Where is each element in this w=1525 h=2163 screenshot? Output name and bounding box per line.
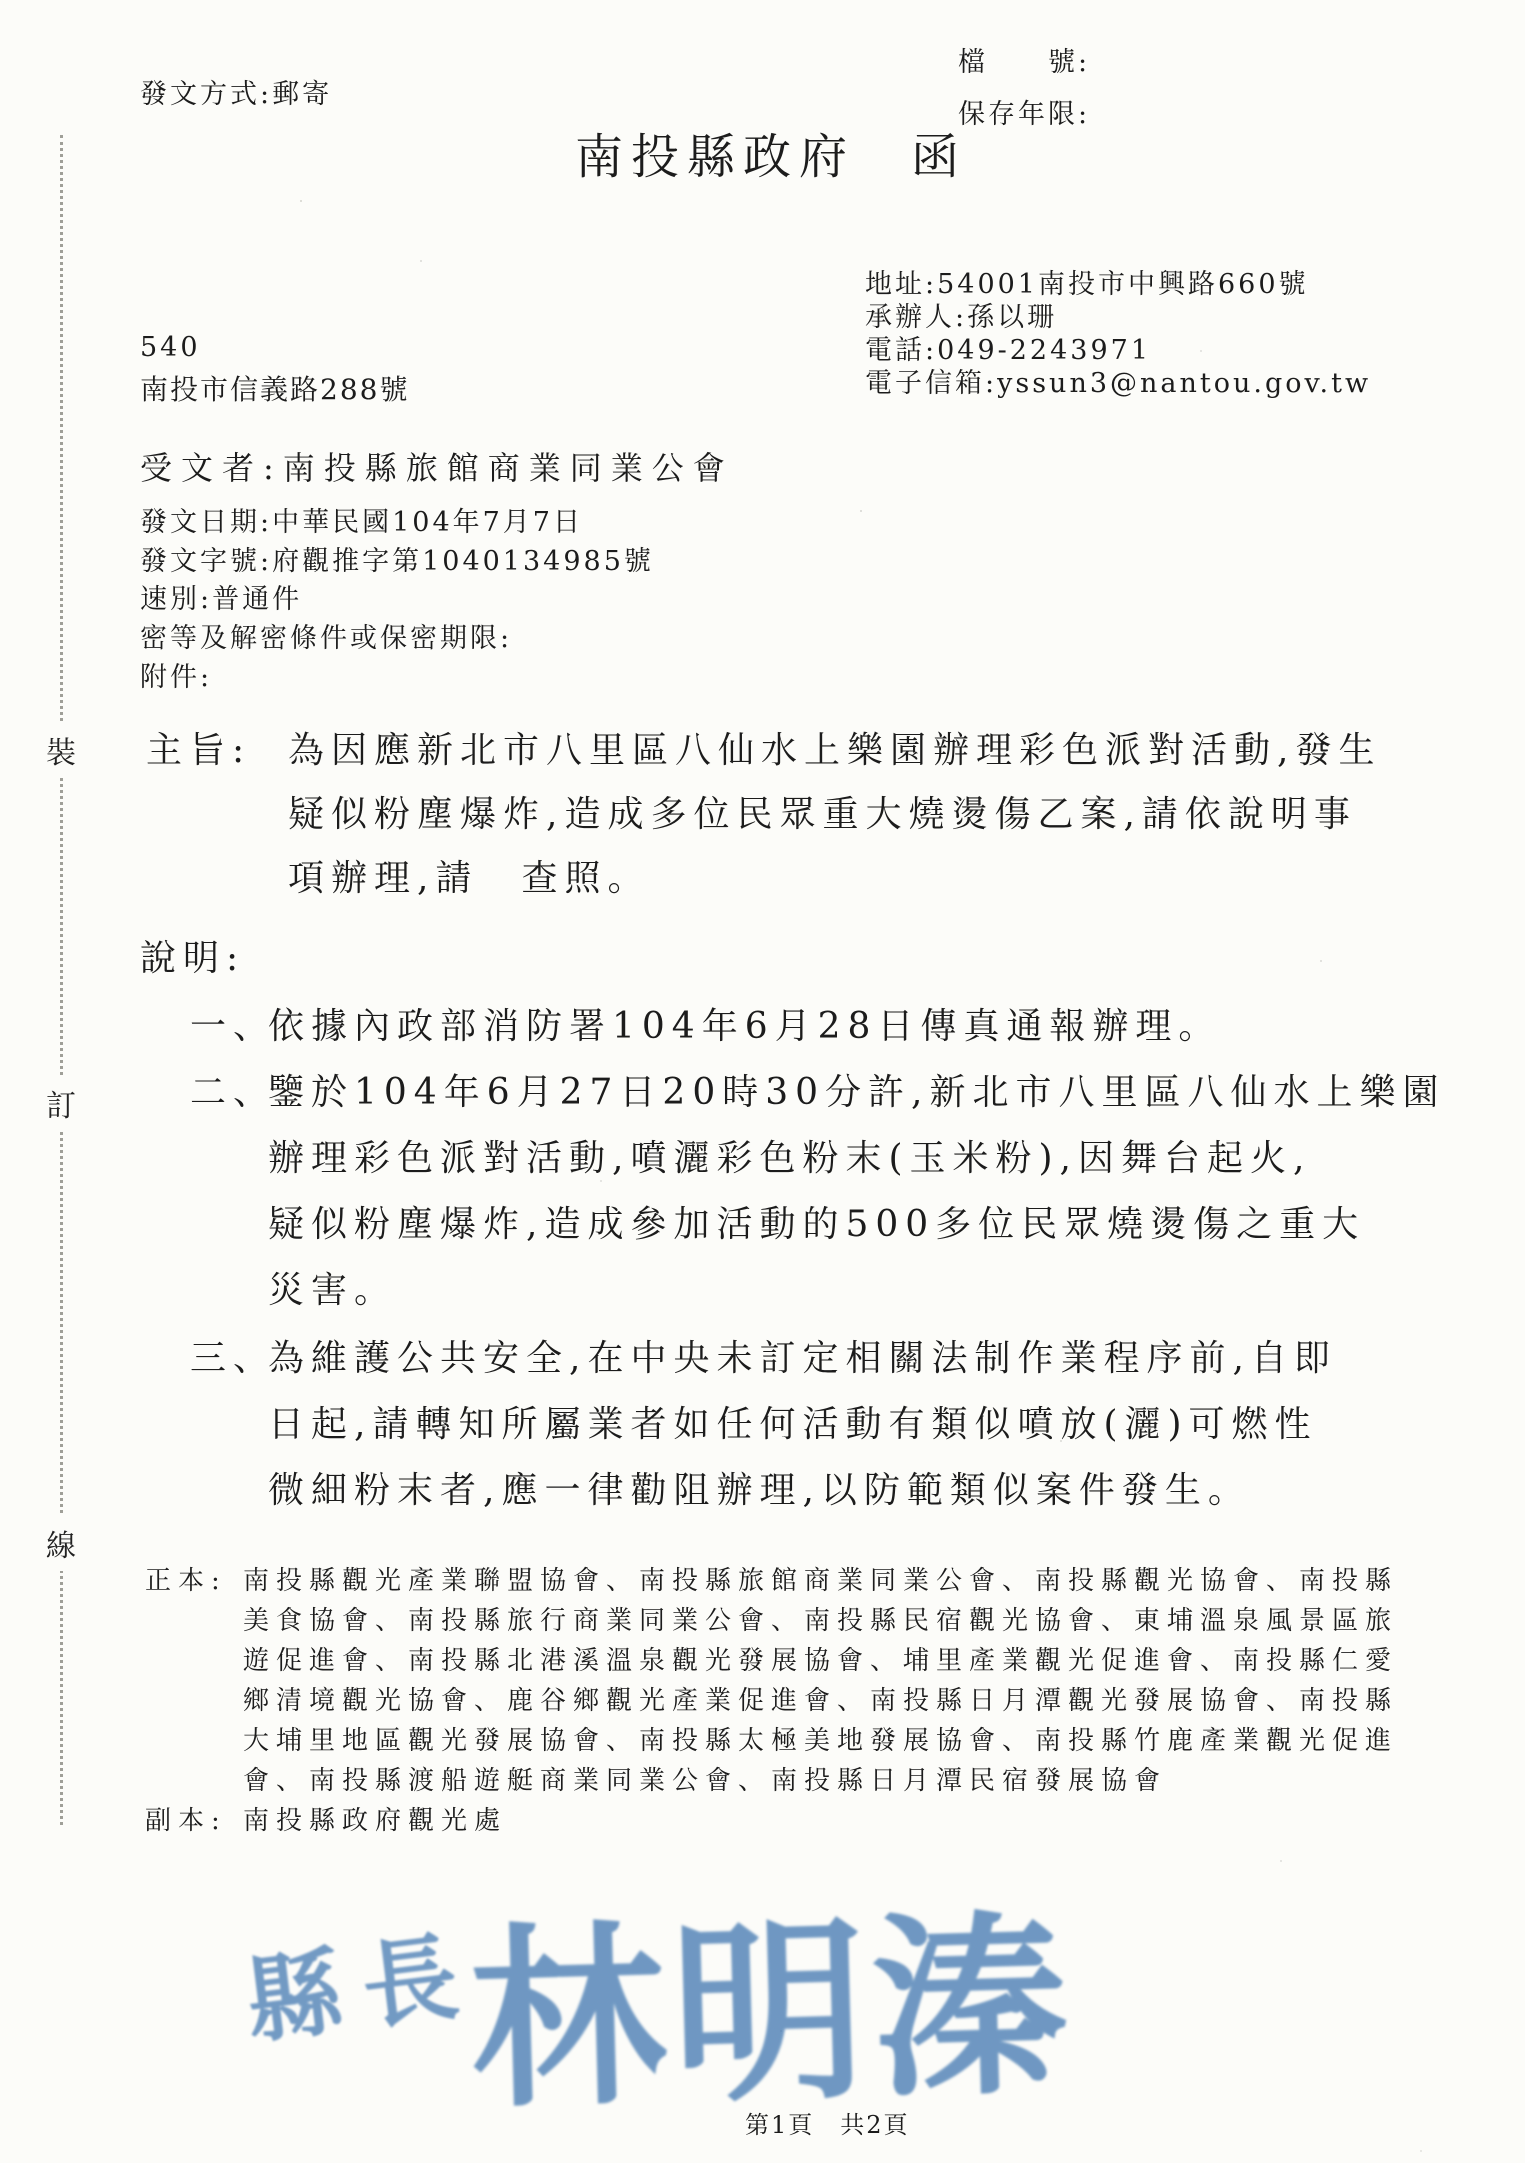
explanation-item-2-line-4: 災害。 — [268, 1262, 397, 1313]
original-copy-line-4: 鄉清境觀光協會、鹿谷鄉觀光產業促進會、南投縣日月潭觀光發展協會、南投縣 — [243, 1680, 1398, 1717]
subject-line-3: 項辦理,請 查照。 — [288, 850, 650, 901]
binding-dotted-line — [60, 135, 63, 1825]
original-copy-line-6: 會、南投縣渡船遊艇商業同業公會、南投縣日月潭民宿發展協會 — [243, 1760, 1167, 1797]
county-magistrate-signature-stamp: 縣長 林明溱 — [245, 1855, 1075, 2105]
original-copy-line-5: 大埔里地區觀光發展協會、南投縣太極美地發展協會、南投縣竹鹿產業觀光促進 — [243, 1720, 1398, 1757]
binding-char-ding: 訂 — [44, 1075, 78, 1131]
subject-line-1: 為因應新北市八里區八仙水上樂園辦理彩色派對活動,發生 — [288, 722, 1381, 773]
page-indicator: 第1頁 共2頁 — [745, 2105, 910, 2140]
recipient-street-address: 南投市信義路288號 — [140, 368, 409, 408]
agency-officer: 承辦人:孫以珊 — [865, 301, 1371, 334]
explanation-item-3-number: 三、 — [190, 1330, 276, 1381]
original-copy-line-1: 南投縣觀光產業聯盟協會、南投縣旅館商業同業公會、南投縣觀光協會、南投縣 — [243, 1560, 1398, 1597]
original-copy-line-3: 遊促進會、南投縣北港溪溫泉觀光發展協會、埔里產業觀光促進會、南投縣仁愛 — [243, 1640, 1398, 1677]
explanation-item-2-line-1: 鑒於104年6月27日20時30分許,新北市八里區八仙水上樂園 — [268, 1064, 1446, 1115]
explanation-item-1-number: 一、 — [190, 998, 276, 1049]
recipient-postal-code: 540 — [140, 332, 201, 363]
binding-char-zhuang: 裝 — [44, 722, 78, 778]
document-title: 南投縣政府 函 — [575, 118, 967, 187]
explanation-item-3-line-2: 日起,請轉知所屬業者如任何活動有類似噴放(灑)可燃性 — [268, 1396, 1318, 1447]
subject-label: 主旨: — [146, 722, 251, 773]
priority-level: 速別:普通件 — [140, 577, 302, 616]
explanation-item-2-line-3: 疑似粉塵爆炸,造成參加活動的500多位民眾燒燙傷之重大 — [268, 1196, 1365, 1247]
carbon-copy-text: 南投縣政府觀光處 — [243, 1800, 507, 1837]
recipient-line: 受文者:南投縣旅館商業同業公會 — [140, 443, 734, 489]
explanation-item-3-line-3: 微細粉末者,應一律勸阻辦理,以防範類似案件發生。 — [268, 1462, 1251, 1513]
original-copy-line-2: 美食協會、南投縣旅行商業同業公會、南投縣民宿觀光協會、東埔溫泉風景區旅 — [243, 1600, 1398, 1637]
explanation-item-1-line-1: 依據內政部消防署104年6月28日傳真通報辦理。 — [268, 998, 1221, 1049]
agency-address: 地址:54001南投市中興路660號 — [865, 268, 1371, 301]
subject-line-2: 疑似粉塵爆炸,造成多位民眾重大燒燙傷乙案,請依說明事 — [288, 786, 1357, 837]
agency-email: 電子信箱:yssun3@nantou.gov.tw — [865, 367, 1371, 400]
scan-speckles — [300, 200, 302, 202]
agency-contact-block: 地址:54001南投市中興路660號 承辦人:孫以珊 電話:049-224397… — [865, 268, 1371, 400]
binding-char-xian: 線 — [44, 1515, 78, 1571]
attachment-line: 附件: — [140, 655, 212, 694]
issue-date: 發文日期:中華民國104年7月7日 — [140, 500, 583, 539]
carbon-copy-label: 副本: — [145, 1800, 227, 1837]
original-copy-label: 正本: — [145, 1560, 227, 1597]
archive-number-label: 檔 號: — [958, 40, 1090, 79]
retention-period-label: 保存年限: — [958, 92, 1090, 131]
dispatch-method: 發文方式:郵寄 — [140, 72, 332, 111]
document-number: 發文字號:府觀推字第1040134985號 — [140, 539, 654, 578]
explanation-item-2-number: 二、 — [190, 1064, 276, 1115]
scanned-official-letter-page: 裝 訂 線 發文方式:郵寄 檔 號: 保存年限: 南投縣政府 函 地址:5400… — [0, 0, 1525, 2163]
stamp-name-text: 林明溱 — [466, 1849, 1076, 2145]
stamp-title-text: 縣長 — [238, 1899, 487, 2063]
explanation-item-3-line-1: 為維護公共安全,在中央未訂定相關法制作業程序前,自即 — [268, 1330, 1337, 1381]
agency-phone: 電話:049-2243971 — [865, 334, 1371, 367]
explanation-heading: 說明: — [140, 930, 245, 981]
security-class: 密等及解密條件或保密期限: — [140, 616, 512, 655]
explanation-item-2-line-2: 辦理彩色派對活動,噴灑彩色粉末(玉米粉),因舞台起火, — [268, 1130, 1311, 1181]
